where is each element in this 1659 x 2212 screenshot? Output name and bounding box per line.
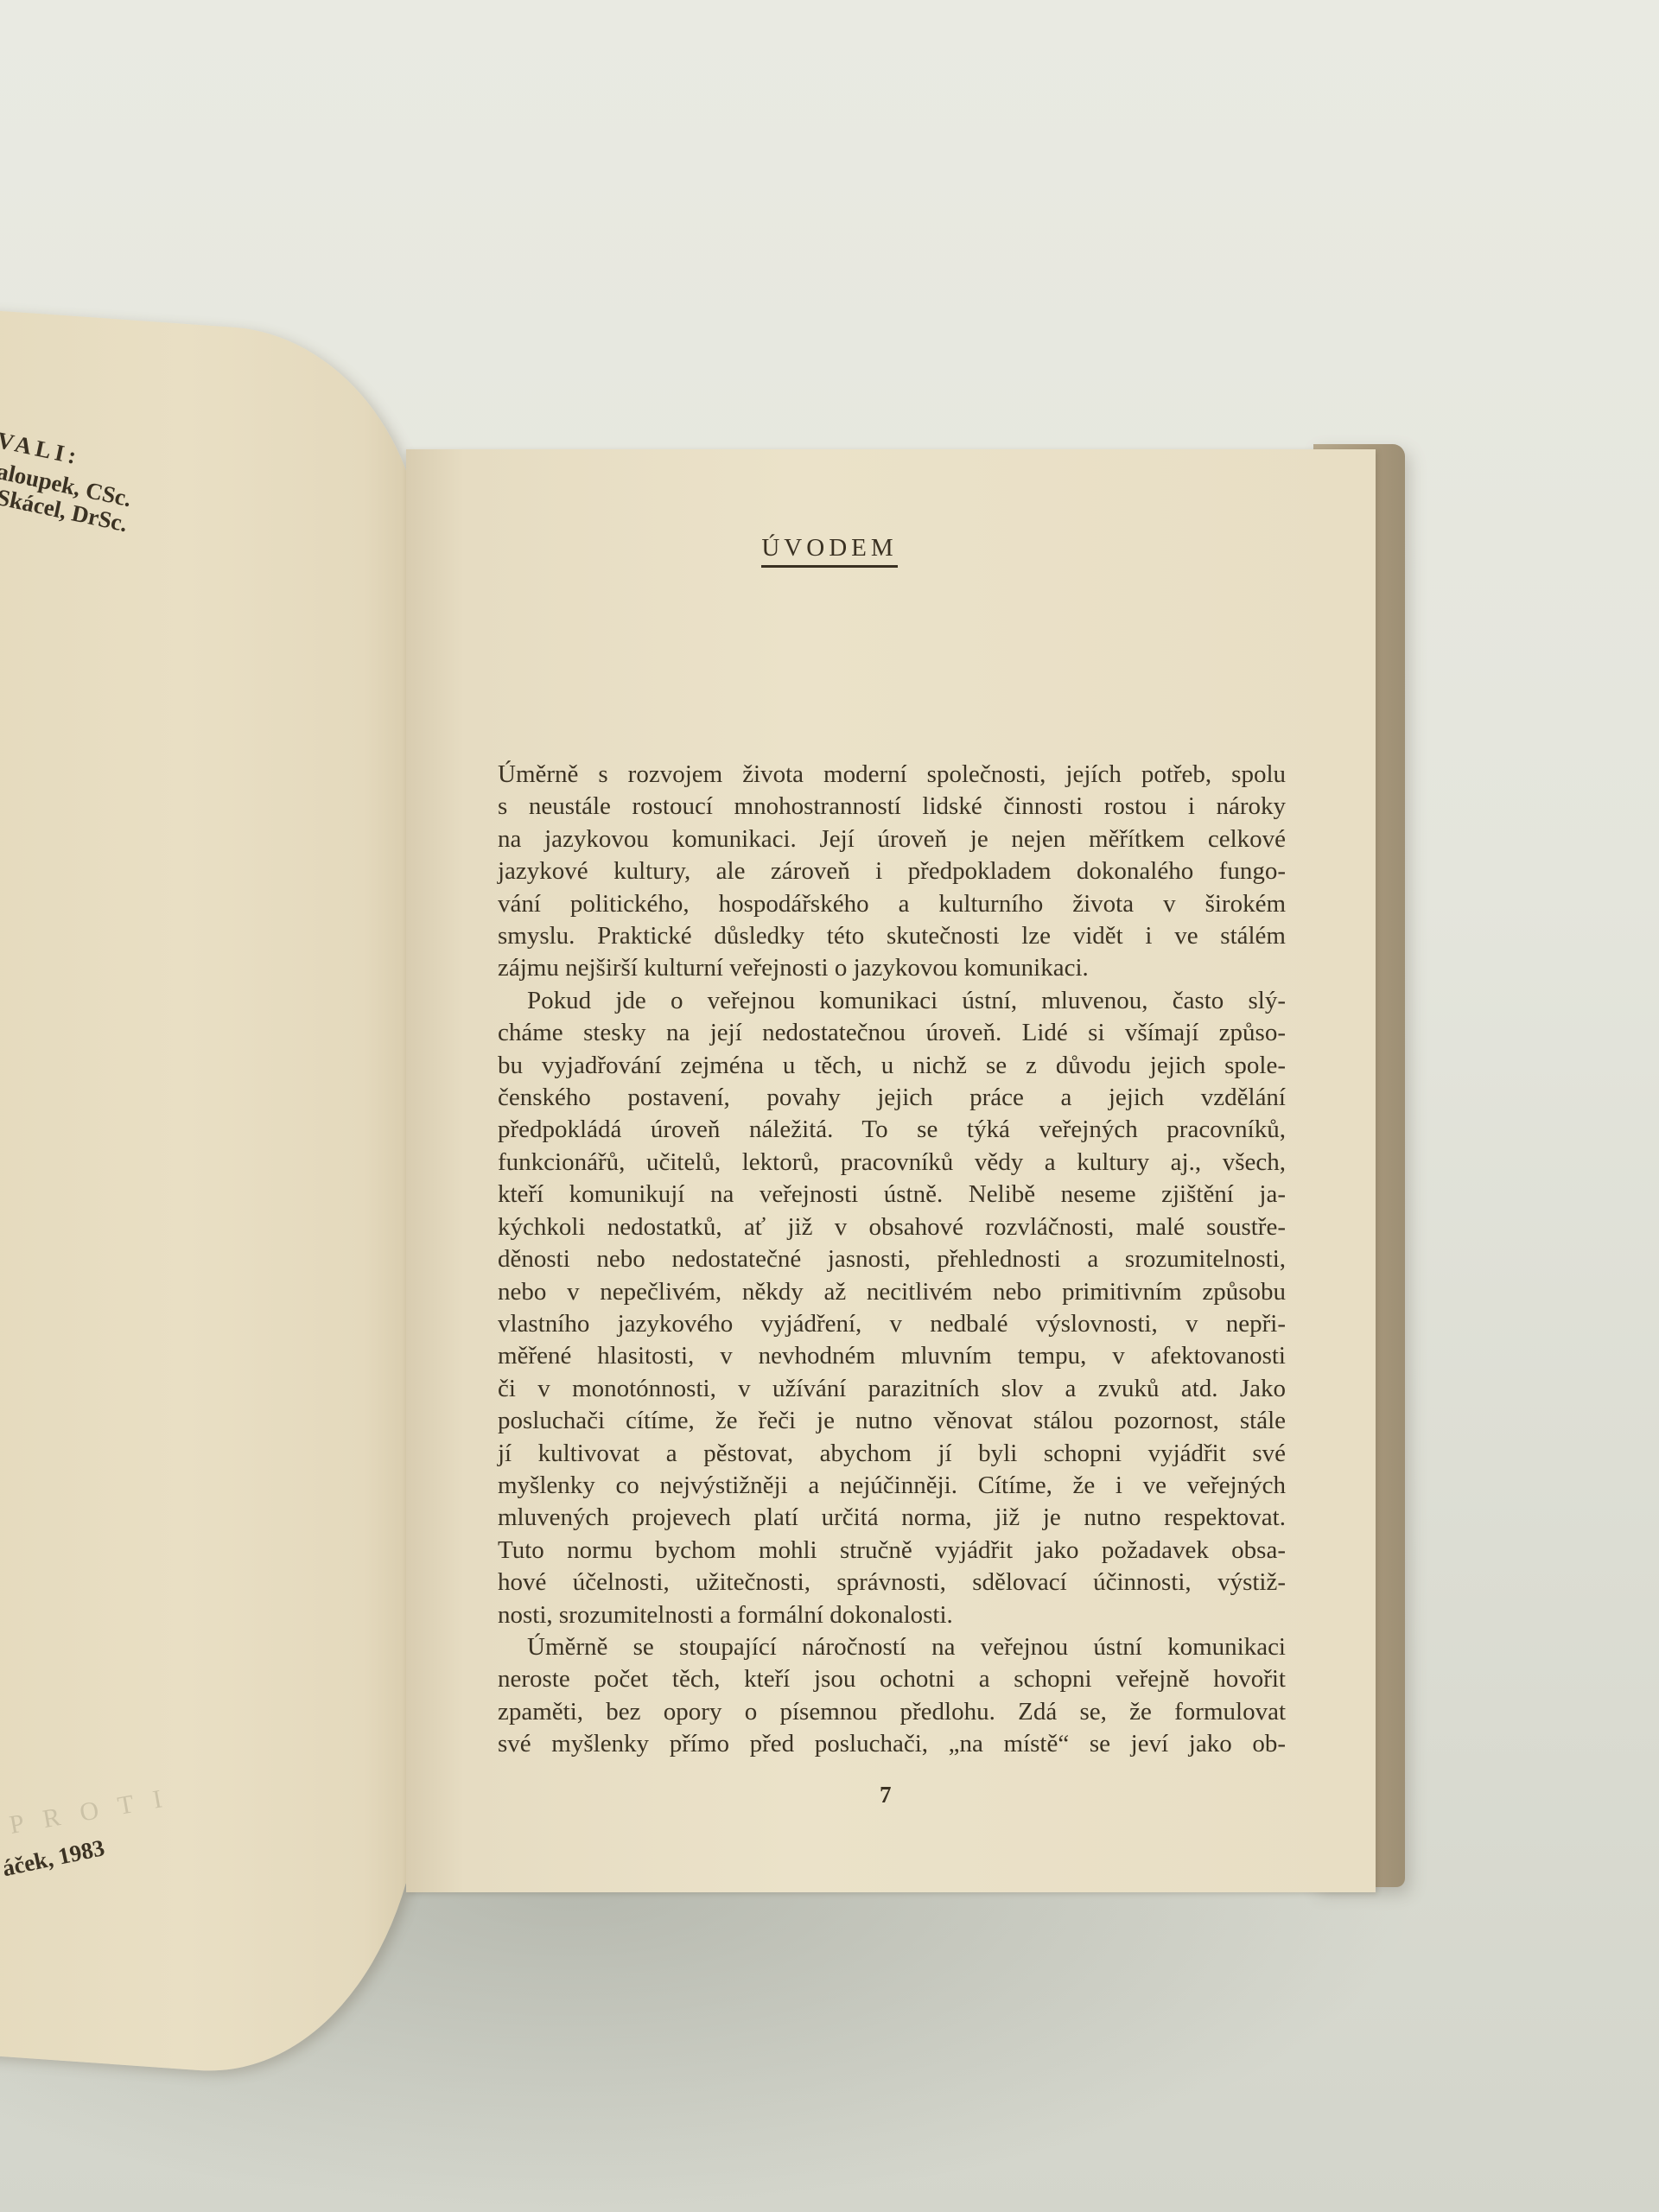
- text-line: kýchkoli nedostatků, ať již v obsahové r…: [498, 1211, 1286, 1243]
- page-title: ÚVODEM: [0, 534, 1659, 563]
- text-line: hové účelnosti, užitečnosti, správnosti,…: [498, 1567, 1286, 1599]
- text-line: mluvených projevech platí určitá norma, …: [498, 1502, 1286, 1534]
- text-line: myšlenky co nejvýstižněji a nejúčinněji.…: [498, 1470, 1286, 1502]
- page-number: 7: [880, 1782, 892, 1808]
- text-line: neroste počet těch, kteří jsou ochotni a…: [498, 1663, 1286, 1695]
- text-line: své myšlenky přímo před posluchači, „na …: [498, 1728, 1286, 1760]
- text-line: nebo v nepečlivém, někdy až necitlivém n…: [498, 1276, 1286, 1308]
- text-line: Tuto normu bychom mohli stručně vyjádřit…: [498, 1535, 1286, 1567]
- text-line: Úměrně s rozvojem života moderní společn…: [498, 759, 1286, 791]
- text-line: vání politického, hospodářského a kultur…: [498, 888, 1286, 920]
- text-line: předpokládá úroveň náležitá. To se týká …: [498, 1114, 1286, 1146]
- text-line: Úměrně se stoupající náročností na veřej…: [498, 1631, 1286, 1663]
- body-text: Úměrně s rozvojem života moderní společn…: [498, 759, 1286, 1761]
- text-line: bu vyjadřování zejména u těch, u nichž s…: [498, 1050, 1286, 1082]
- text-line: zájmu nejširší kulturní veřejnosti o jaz…: [498, 952, 1286, 984]
- text-line: měřené hlasitosti, v nevhodném mluvním t…: [498, 1340, 1286, 1372]
- text-line: posluchači cítíme, že řeči je nutno věno…: [498, 1405, 1286, 1437]
- text-line: čenského postavení, povahy jejich práce …: [498, 1082, 1286, 1114]
- text-line: Pokud jde o veřejnou komunikaci ústní, m…: [498, 985, 1286, 1017]
- text-line: vlastního jazykového vyjádření, v nedbal…: [498, 1308, 1286, 1340]
- text-line: s neustále rostoucí mnohostranností lids…: [498, 791, 1286, 823]
- text-line: cháme stesky na její nedostatečnou úrove…: [498, 1017, 1286, 1049]
- page-title-text: ÚVODEM: [761, 534, 897, 568]
- text-line: jí kultivovat a pěstovat, abychom jí byl…: [498, 1438, 1286, 1470]
- text-line: zpaměti, bez opory o písemnou předlohu. …: [498, 1696, 1286, 1728]
- text-line: funkcionářů, učitelů, lektorů, pracovník…: [498, 1147, 1286, 1179]
- text-line: na jazykovou komunikaci. Její úroveň je …: [498, 823, 1286, 855]
- text-line: nosti, srozumitelnosti a formální dokona…: [498, 1599, 1286, 1631]
- text-line: kteří komunikují na veřejnosti ústně. Ne…: [498, 1179, 1286, 1211]
- text-line: děnosti nebo nedostatečné jasnosti, přeh…: [498, 1243, 1286, 1275]
- text-line: či v monotónnosti, v užívání parazitních…: [498, 1373, 1286, 1405]
- text-line: jazykové kultury, ale zároveň i předpokl…: [498, 855, 1286, 887]
- text-line: smyslu. Praktické důsledky této skutečno…: [498, 920, 1286, 952]
